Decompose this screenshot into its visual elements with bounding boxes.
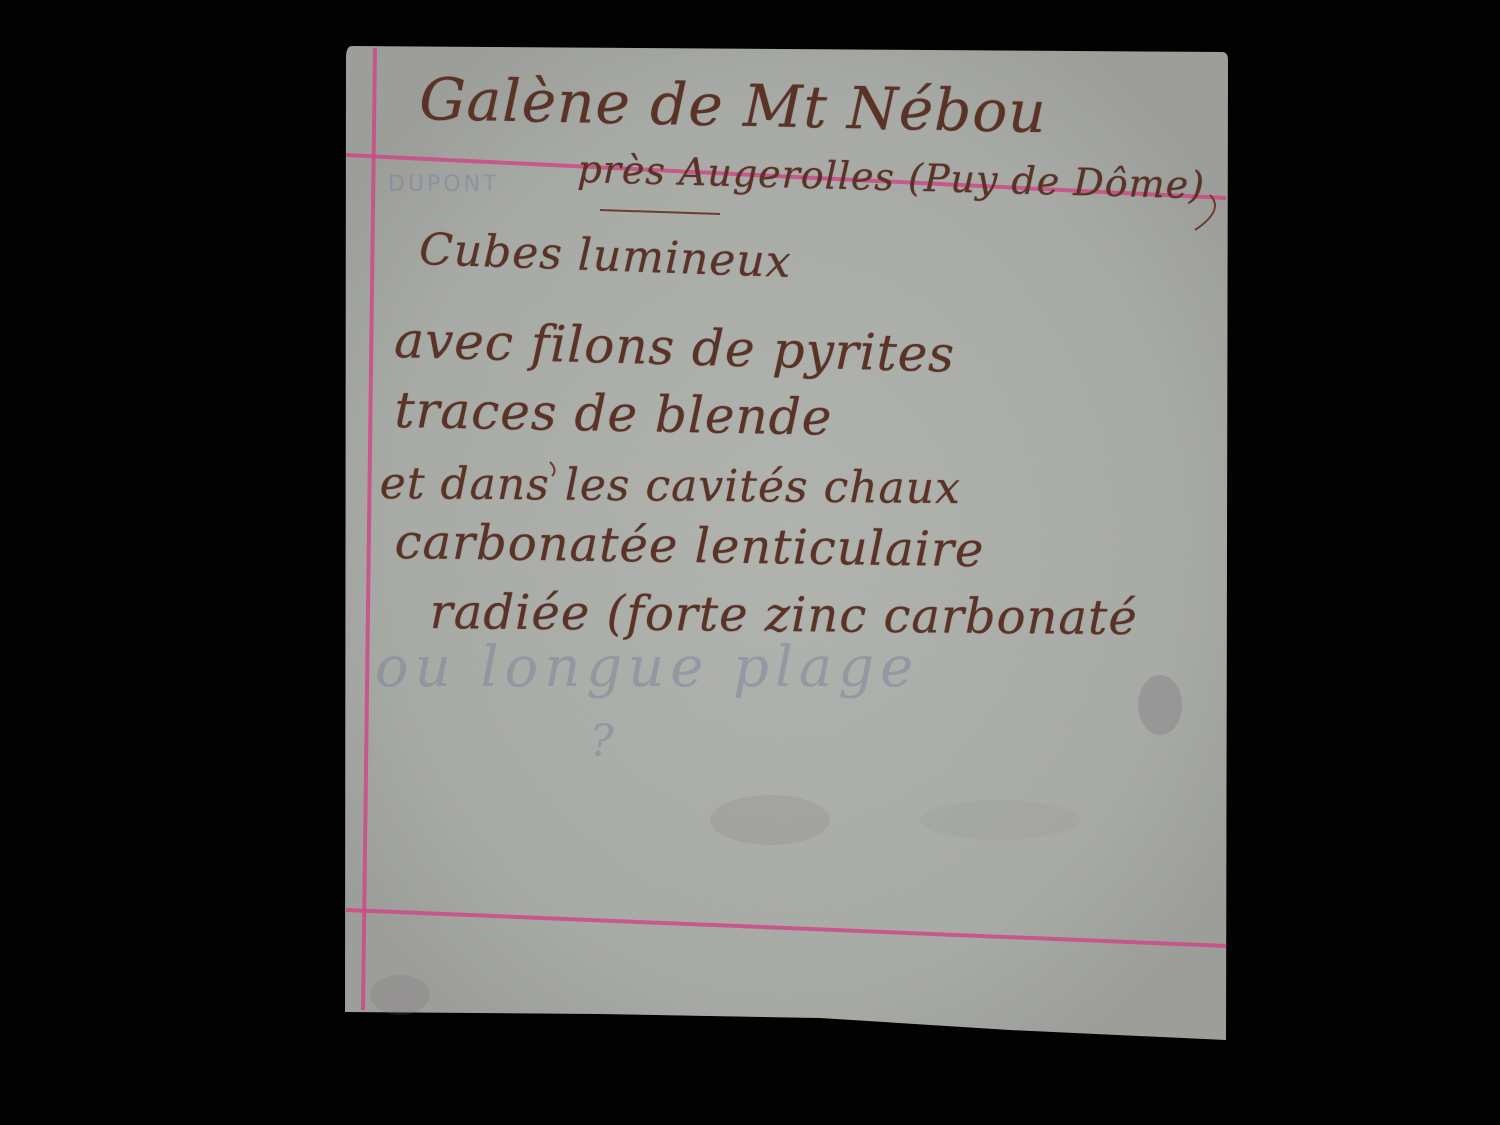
faint-stamp: DUPONT	[388, 172, 500, 197]
label-description-line: Cubes lumineux	[418, 228, 792, 285]
pencil-note: ou longue plage	[375, 640, 919, 696]
specimen-label-card: DUPONT Galène de Mt Nébou près Augerolle…	[0, 0, 1500, 1125]
label-title-line: Galène de Mt Nébou	[419, 70, 1047, 141]
label-description-line: et dans les cavités chaux	[380, 462, 962, 511]
photo-stage: DUPONT Galène de Mt Nébou près Augerolle…	[0, 0, 1500, 1125]
label-description-line: traces de blende	[394, 385, 833, 443]
pencil-note: ?	[590, 720, 620, 764]
label-description-line: carbonatée lenticulaire	[394, 518, 984, 574]
label-description-line: avec filons de pyrites	[394, 315, 956, 380]
